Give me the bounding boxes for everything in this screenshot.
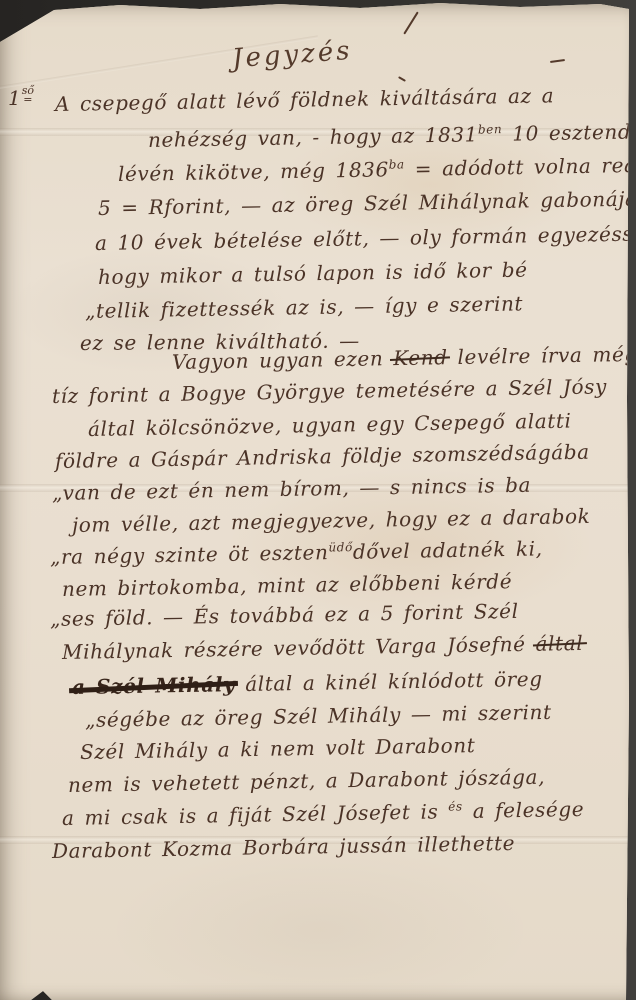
manuscript-line: A csepegő alatt lévő földnek kiváltására…	[55, 83, 555, 116]
struck-through-text: a Szél Mihály	[72, 672, 236, 699]
manuscript-text-segment: nehézség van, - hogy az 1831	[148, 122, 478, 152]
manuscript-line: Szél Mihály a ki nem volt Darabont	[80, 733, 476, 764]
struck-through-text: Kend	[393, 345, 448, 370]
item-number-underline: =	[23, 95, 32, 104]
manuscript-text-segment: „ra négy szinte öt eszten	[50, 540, 329, 569]
manuscript-text-segment: A csepegő alatt lévő földnek kiváltására…	[55, 83, 555, 116]
manuscript-line: „ra négy szinte öt esztenüdődővel adatné…	[50, 536, 543, 569]
stray-pen-mark	[398, 76, 406, 82]
manuscript-text-segment: 5 = Rforint, — az öreg Szél Mihálynak ga…	[98, 185, 636, 220]
item-number: 1ső=	[8, 86, 34, 110]
stray-pen-mark	[403, 11, 418, 34]
handwriting-layer: Jegyzés 1ső= A csepegő alatt lévő földne…	[0, 0, 636, 1000]
manuscript-text-segment: Mihálynak részére vevődött Varga Jósefné	[62, 632, 536, 664]
manuscript-text-segment: a mi csak is a fiját Szél Jósefet is	[62, 799, 449, 830]
manuscript-text-segment: ben	[478, 122, 503, 136]
manuscript-line: Darabont Kozma Borbára jussán illethette	[52, 831, 515, 863]
manuscript-line: által kölcsönözve, ugyan egy Csepegő ala…	[88, 409, 572, 441]
manuscript-line: a Szél Mihály által a kinél kínlódott ör…	[72, 667, 543, 699]
manuscript-text-segment: hogy mikor a tulsó lapon is idő kor bé	[98, 258, 528, 289]
manuscript-text-segment: 10 esztendőre	[502, 119, 636, 146]
manuscript-text-segment: levélre írva még	[447, 342, 636, 369]
manuscript-paper: Jegyzés 1ső= A csepegő alatt lévő földne…	[0, 0, 636, 1000]
manuscript-line: Mihálynak részére vevődött Varga Jósefné…	[62, 631, 584, 664]
manuscript-text-segment: nem is vehetett pénzt, a Darabont jószág…	[68, 765, 545, 797]
manuscript-text-segment: „tellik fizettessék az is, — így e szeri…	[85, 291, 523, 323]
manuscript-line: tíz forint a Bogye Györgye temetésére a …	[52, 374, 607, 408]
manuscript-text-segment: = adódott volna reá	[405, 153, 636, 181]
manuscript-text-segment: és	[448, 799, 463, 813]
manuscript-text-segment: földre a Gáspár Andriska földje szomszéd…	[55, 440, 590, 473]
manuscript-line: nehézség van, - hogy az 1831ben 10 eszte…	[148, 119, 636, 152]
manuscript-text-segment: lévén kikötve, még 1836	[118, 157, 389, 186]
manuscript-line: a 10 évek bételése előtt, — oly formán e…	[95, 221, 636, 255]
manuscript-line: lévén kikötve, még 1836ba = adódott voln…	[118, 153, 636, 186]
manuscript-text-segment: „ségébe az öreg Szél Mihály — mi szerint	[85, 700, 552, 732]
manuscript-text-segment: Vagyon ugyan ezen	[172, 346, 394, 374]
manuscript-text-segment: nem birtokomba, mint az előbbeni kérdé	[62, 569, 513, 601]
struck-through-text: által	[535, 631, 583, 656]
manuscript-text-segment: üdő	[328, 540, 353, 554]
manuscript-line: jom vélle, azt megjegyezve, hogy ez a da…	[72, 504, 591, 537]
manuscript-text-segment: ba	[389, 157, 405, 171]
manuscript-text-segment: által a kinél kínlódott öreg	[235, 667, 543, 696]
manuscript-line: nem is vehetett pénzt, a Darabont jószág…	[68, 765, 545, 797]
manuscript-text-segment: tíz forint a Bogye Györgye temetésére a …	[52, 374, 607, 408]
manuscript-line: hogy mikor a tulsó lapon is idő kor bé	[98, 258, 528, 289]
manuscript-text-segment: a felesége	[463, 797, 585, 823]
manuscript-text-segment: által kölcsönözve, ugyan egy Csepegő ala…	[88, 409, 572, 441]
manuscript-text-segment: a 10 évek bételése előtt, — oly formán e…	[95, 221, 636, 255]
manuscript-text-segment: „van de ezt én nem bírom, — s nincs is b…	[52, 473, 531, 505]
manuscript-line: „ses föld. — És továbbá ez a 5 forint Sz…	[50, 599, 519, 631]
page-title: Jegyzés	[231, 36, 353, 74]
manuscript-text-segment: „ses föld. — És továbbá ez a 5 forint Sz…	[50, 599, 519, 631]
manuscript-line: „van de ezt én nem bírom, — s nincs is b…	[52, 473, 531, 505]
manuscript-line: 5 = Rforint, — az öreg Szél Mihálynak ga…	[98, 185, 636, 220]
manuscript-line: a mi csak is a fiját Szél Jósefet is és …	[62, 797, 585, 830]
item-number-base: 1	[8, 86, 21, 110]
manuscript-line: földre a Gáspár Andriska földje szomszéd…	[55, 440, 590, 473]
manuscript-line: „ségébe az öreg Szél Mihály — mi szerint	[85, 700, 552, 732]
manuscript-text-segment: jom vélle, azt megjegyezve, hogy ez a da…	[72, 504, 591, 537]
manuscript-text-segment: dővel adatnék ki,	[353, 536, 543, 563]
manuscript-line: nem birtokomba, mint az előbbeni kérdé	[62, 569, 513, 601]
manuscript-text-segment: Darabont Kozma Borbára jussán illethette	[52, 831, 515, 863]
scanned-document: Jegyzés 1ső= A csepegő alatt lévő földne…	[0, 0, 636, 1000]
manuscript-text-segment: Szél Mihály a ki nem volt Darabont	[80, 733, 476, 764]
manuscript-line: „tellik fizettessék az is, — így e szeri…	[85, 291, 523, 323]
stray-pen-mark	[550, 59, 565, 63]
